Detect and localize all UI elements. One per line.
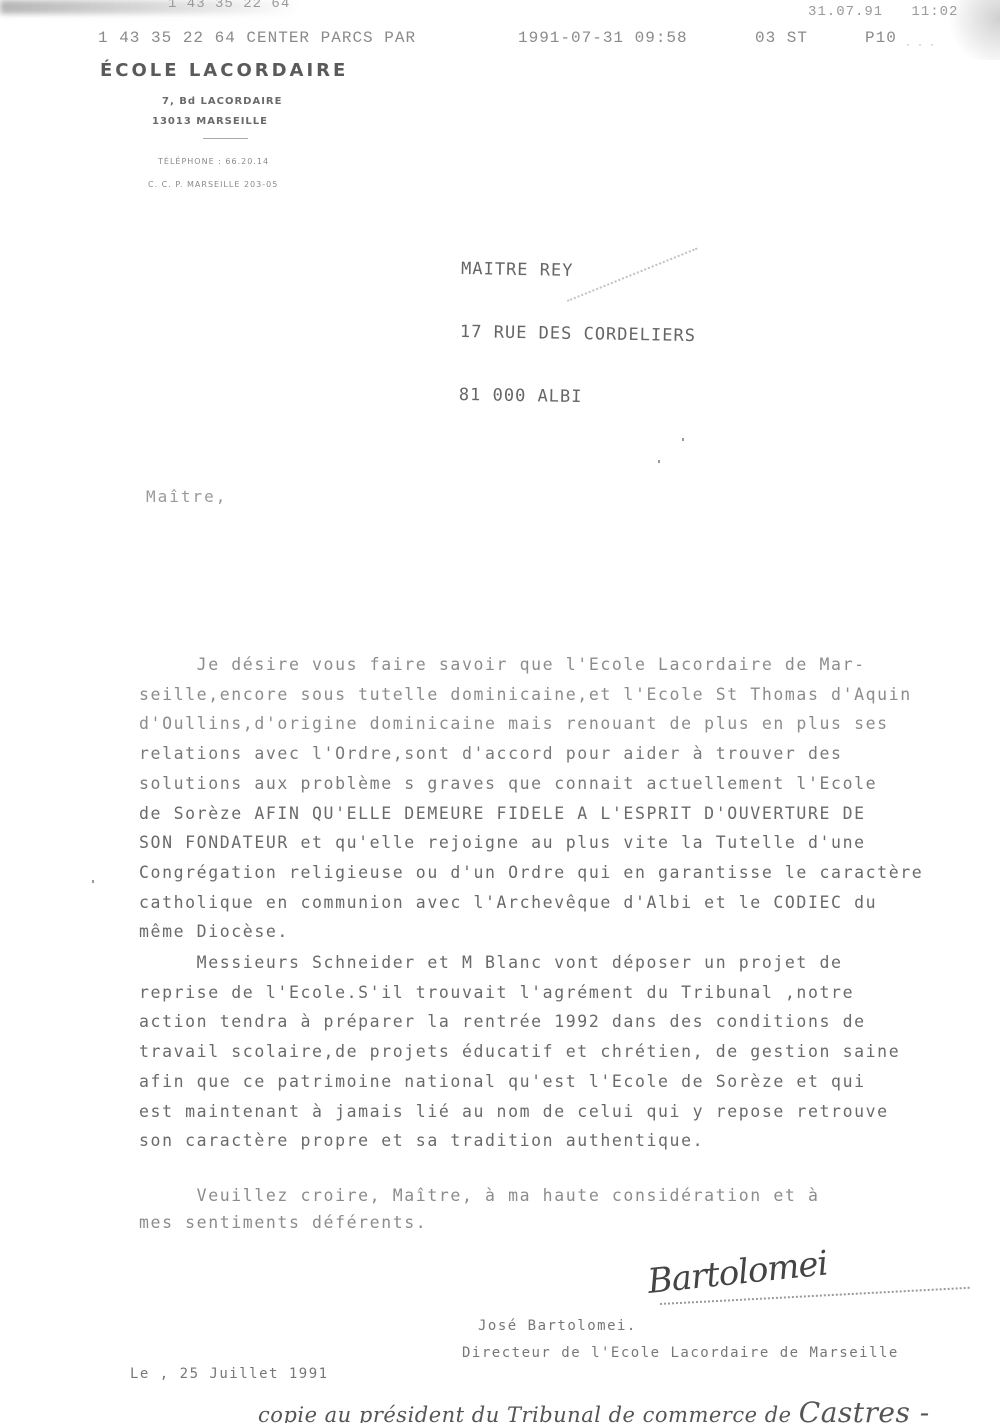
paragraph-line: SON FONDATEUR et qu'elle rejoigne au plu… <box>139 828 979 858</box>
recipient-street: 17 RUE DES CORDELIERS <box>460 322 696 347</box>
body-paragraph-1: Je désire vous faire savoir que l'Ecole … <box>139 650 979 947</box>
paragraph-line: de Sorèze AFIN QU'ELLE DEMEURE FIDELE A … <box>139 799 979 829</box>
paragraph-line: Messieurs Schneider et M Blanc vont dépo… <box>139 948 979 978</box>
letterhead-address-line2: 13013 MARSEILLE <box>152 116 268 127</box>
paragraph-line: Je désire vous faire savoir que l'Ecole … <box>139 650 979 680</box>
paragraph-line: d'Oullins,d'origine dominicaine mais ren… <box>139 709 979 739</box>
scan-speck <box>92 880 94 883</box>
letterhead-school-name: ÉCOLE LACORDAIRE <box>100 60 348 81</box>
letterhead-phone: TÉLÉPHONE : 66.20.14 <box>158 157 269 166</box>
letterhead-divider <box>203 138 248 139</box>
scan-speck <box>682 438 684 441</box>
fax-header-datetime: 1991-07-31 09:58 <box>518 29 688 47</box>
paragraph-line: action tendra à préparer la rentrée 1992… <box>139 1007 979 1037</box>
paragraph-line: solutions aux problème s graves que conn… <box>139 769 979 799</box>
signatory-title: Directeur de l'Ecole Lacordaire de Marse… <box>462 1339 899 1369</box>
letterhead-ccp: C. C. P. MARSEILLE 203-05 <box>148 180 278 189</box>
fax-header-page: P10 <box>865 29 897 47</box>
fax-header-datetime-top: 31.07.91 11:02 <box>808 4 958 20</box>
salutation: Maître, <box>146 482 227 512</box>
body-paragraph-2: Messieurs Schneider et M Blanc vont dépo… <box>139 948 979 1156</box>
letter-date: Le , 25 Juillet 1991 <box>130 1360 329 1390</box>
signatory-name: José Bartolomei. <box>478 1312 637 1342</box>
paragraph-line: catholique en communion avec l'Archevêqu… <box>139 888 979 918</box>
paragraph-line: son caractère propre et sa tradition aut… <box>139 1126 979 1156</box>
recipient-address: MAITRE REY 17 RUE DES CORDELIERS 81 000 … <box>458 217 698 431</box>
handwritten-copy-note: copie au président du Tribunal de commer… <box>258 1396 930 1423</box>
paragraph-line: afin que ce patrimoine national qu'est l… <box>139 1067 979 1097</box>
handwritten-note-text: copie au président du Tribunal de commer… <box>258 1403 792 1423</box>
fax-header-number-top: 1 43 35 22 64 <box>168 0 290 12</box>
paragraph-line: Veuillez croire, Maître, à ma haute cons… <box>139 1182 979 1209</box>
paragraph-line: même Diocèse. <box>139 917 979 947</box>
fax-header-dots: · · · <box>905 40 935 51</box>
paragraph-line: est maintenant à jamais lié au nom de ce… <box>139 1097 979 1127</box>
recipient-city: 81 000 ALBI <box>459 385 695 410</box>
fax-header-sender: 1 43 35 22 64 CENTER PARCS PAR <box>98 29 416 47</box>
handwritten-signature: Bartolomei <box>646 1243 829 1302</box>
paragraph-line: mes sentiments déférents. <box>139 1209 979 1236</box>
paragraph-line: travail scolaire,de projets éducatif et … <box>139 1037 979 1067</box>
paragraph-line: Congrégation religieuse ou d'un Ordre qu… <box>139 858 979 888</box>
paragraph-line: relations avec l'Ordre,sont d'accord pou… <box>139 739 979 769</box>
closing-paragraph: Veuillez croire, Maître, à ma haute cons… <box>139 1182 979 1236</box>
handwritten-note-place: Castres - <box>799 1396 930 1423</box>
letterhead-address-line1: 7, Bd LACORDAIRE <box>162 96 282 107</box>
scan-speck <box>658 460 660 463</box>
paragraph-line: seille,encore sous tutelle dominicaine,e… <box>139 680 979 710</box>
paragraph-line: reprise de l'Ecole.S'il trouvait l'agrém… <box>139 978 979 1008</box>
fax-header-code: 03 ST <box>755 29 808 47</box>
